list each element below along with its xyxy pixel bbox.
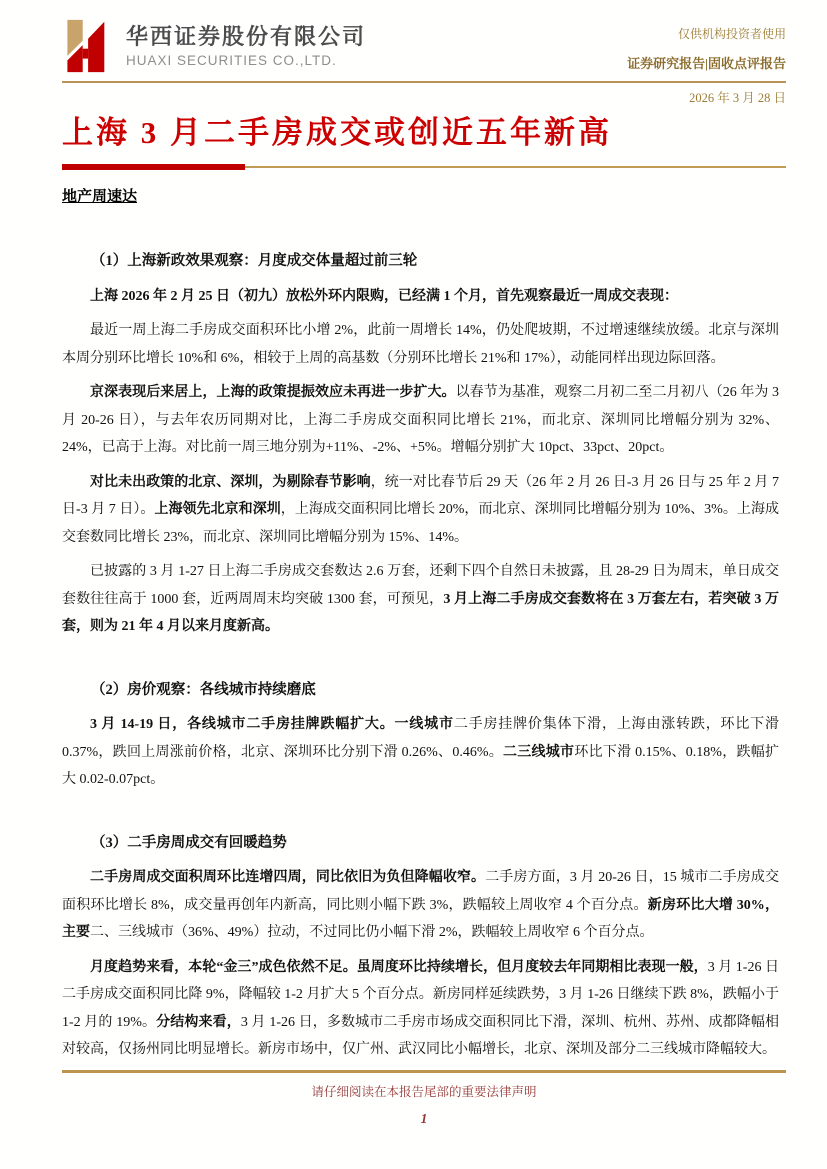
section-3-heading: （3）二手房周成交有回暖趋势	[62, 830, 779, 858]
page-number: 1	[62, 1111, 786, 1127]
series-label: 地产周速达	[62, 185, 765, 206]
company-name-block: 华西证券股份有限公司 HUAXI SECURITIES CO.,LTD.	[126, 24, 366, 68]
section-1-heading: （1）上海新政效果观察：月度成交体量超过前三轮	[62, 248, 779, 276]
section-2-paragraph-1: 3 月 14-19 日，各线城市二手房挂牌跌幅扩大。一线城市二手房挂牌价集体下滑…	[62, 711, 779, 794]
report-page: 华西证券股份有限公司 HUAXI SECURITIES CO.,LTD. 仅供机…	[0, 0, 827, 1169]
section-3-paragraph-2: 月度趋势来看，本轮“金三”成色依然不足。虽周度环比持续增长，但月度较去年同期相比…	[62, 954, 779, 1064]
company-name-en: HUAXI SECURITIES CO.,LTD.	[126, 53, 366, 68]
report-body: （1）上海新政效果观察：月度成交体量超过前三轮 上海 2026 年 2 月 25…	[62, 248, 779, 1064]
section-1-paragraph-1: 上海 2026 年 2 月 25 日（初九）放松外环内限购，已经满 1 个月，首…	[62, 283, 779, 311]
brand-block: 华西证券股份有限公司 HUAXI SECURITIES CO.,LTD.	[62, 17, 366, 75]
report-header: 华西证券股份有限公司 HUAXI SECURITIES CO.,LTD. 仅供机…	[62, 0, 786, 83]
section-2-heading: （2）房价观察：各线城市持续磨底	[62, 677, 779, 705]
divider-red-segment	[62, 164, 245, 170]
report-type-label: 证券研究报告|固收点评报告	[627, 53, 786, 72]
report-date: 2026 年 3 月 28 日	[41, 88, 786, 106]
section-1-paragraph-2: 最近一周上海二手房成交面积环比小增 2%，此前一周增长 14%，仍处爬坡期，不过…	[62, 317, 779, 372]
huaxi-logo-icon	[62, 17, 116, 75]
page-footer: 请仔细阅读在本报告尾部的重要法律声明 1	[62, 1070, 786, 1127]
section-1-paragraph-5: 已披露的 3 月 1-27 日上海二手房成交套数达 2.6 万套，还剩下四个自然…	[62, 558, 779, 641]
section-1-paragraph-3: 京深表现后来居上，上海的政策提振效应未再进一步扩大。以春节为基准，观察二月初二至…	[62, 379, 779, 462]
investor-notice: 仅供机构投资者使用	[627, 25, 786, 42]
divider-gold-segment	[245, 166, 786, 168]
company-name-cn: 华西证券股份有限公司	[126, 24, 366, 50]
section-3-paragraph-1: 二手房周成交面积周环比连增四周，同比依旧为负但降幅收窄。二手房方面，3 月 20…	[62, 864, 779, 947]
section-1-paragraph-4: 对比未出政策的北京、深圳，为剔除春节影响，统一对比春节后 29 天（26 年 2…	[62, 469, 779, 552]
report-title: 上海 3 月二手房成交或创近五年新高	[62, 114, 765, 151]
footer-divider	[62, 1070, 786, 1073]
title-divider	[62, 164, 786, 170]
header-right-block: 仅供机构投资者使用 证券研究报告|固收点评报告	[627, 17, 786, 72]
legal-disclaimer: 请仔细阅读在本报告尾部的重要法律声明	[62, 1082, 786, 1100]
